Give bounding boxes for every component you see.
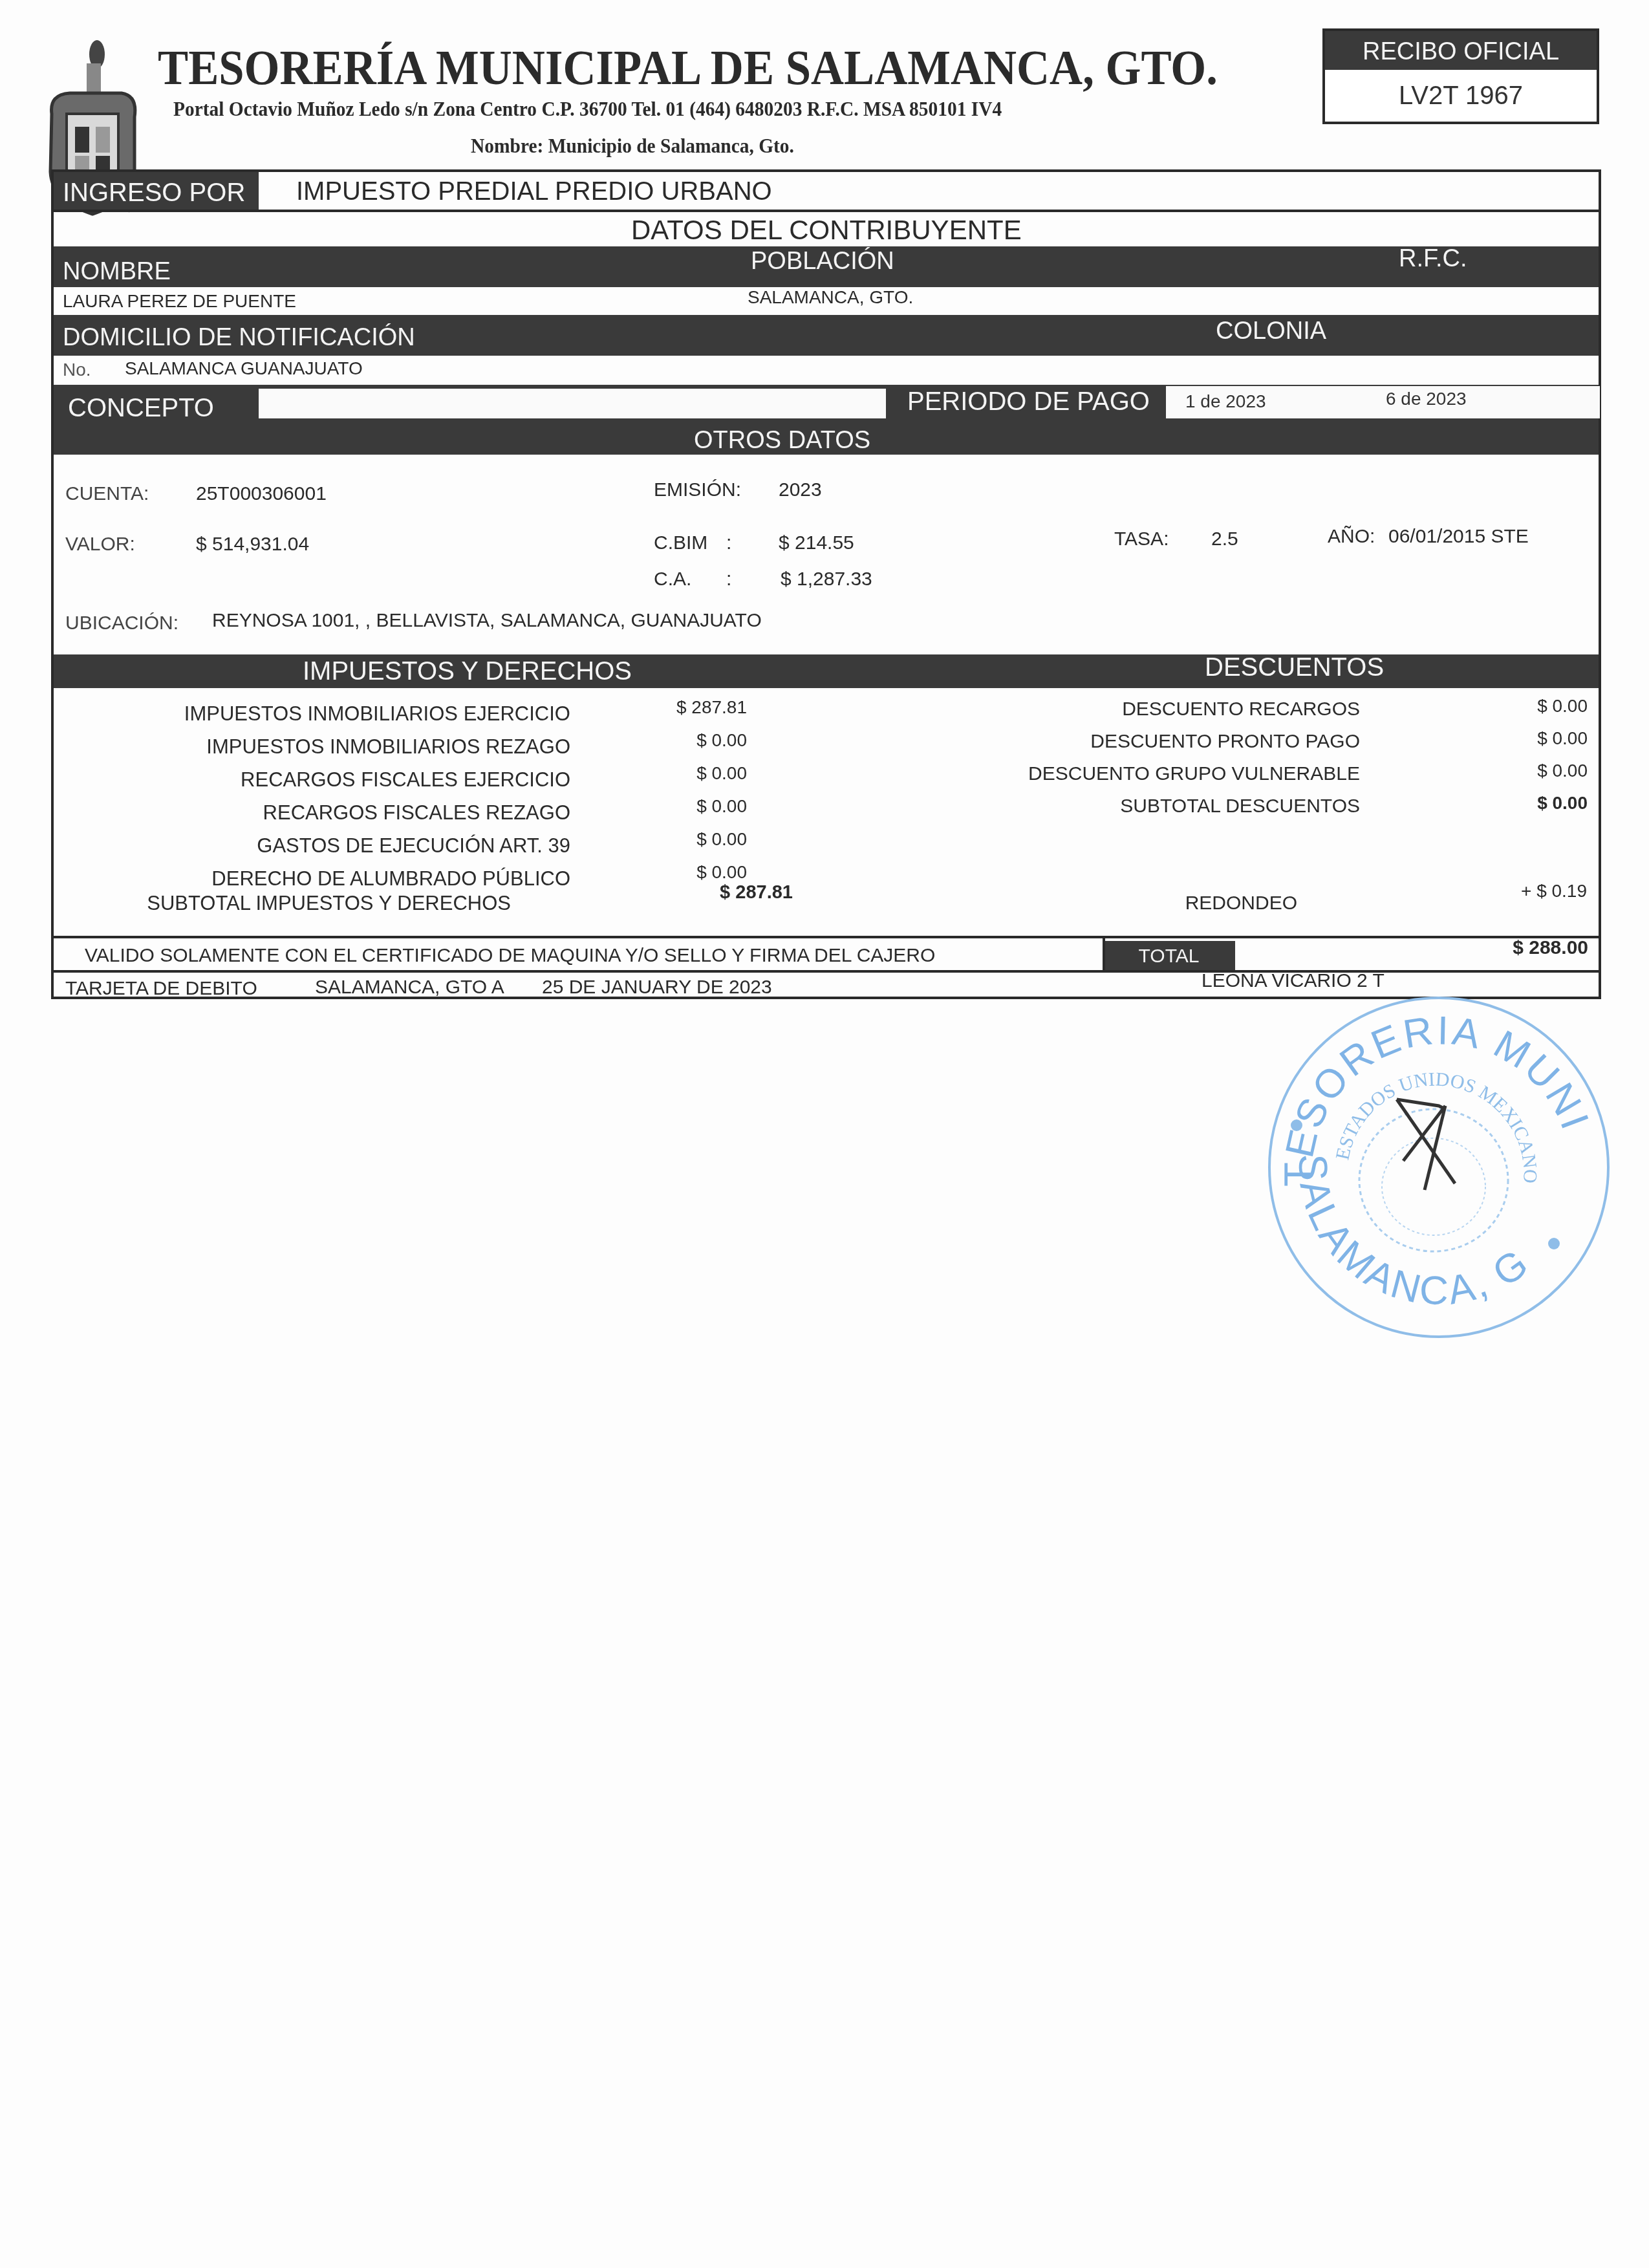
periodo-hasta: 6 de 2023 — [1386, 389, 1467, 409]
nombre-label: NOMBRE — [63, 258, 171, 286]
anio-value: 06/01/2015 STE — [1388, 526, 1529, 548]
validity-row: VALIDO SOLAMENTE CON EL CERTIFICADO DE M… — [54, 936, 1599, 973]
descuento-amount: $ 0.00 — [1537, 761, 1588, 781]
ca-value: $ 1,287.33 — [781, 568, 872, 590]
impuesto-amount: $ 0.00 — [696, 862, 747, 883]
impuesto-label: IMPUESTOS INMOBILIARIOS REZAGO — [206, 735, 570, 759]
rfc-label: R.F.C. — [1399, 245, 1467, 273]
header-address: Portal Octavio Muñoz Ledo s/n Zona Centr… — [173, 97, 1002, 121]
official-seal-icon: TESORERIA MUNICIPAL SALAMANCA, GTO ESTAD… — [1264, 993, 1613, 1342]
impuesto-amount: $ 0.00 — [696, 730, 747, 751]
descuentos-subtotal-amount: $ 0.00 — [1537, 793, 1588, 814]
receipt-label: RECIBO OFICIAL — [1325, 31, 1597, 70]
impuesto-label: RECARGOS FISCALES EJERCICIO — [241, 768, 570, 792]
emision-value: 2023 — [779, 479, 822, 501]
nombre-header-bar: NOMBRE POBLACIÓN R.F.C. — [54, 246, 1599, 287]
periodo-label: PERIODO DE PAGO — [907, 387, 1150, 416]
header-nombre: Nombre: Municipio de Salamanca, Gto. — [471, 134, 794, 158]
concepto-label: CONCEPTO — [68, 394, 214, 423]
payment-method: TARJETA DE DEBITO — [65, 978, 257, 1000]
impuesto-label: RECARGOS FISCALES REZAGO — [263, 801, 570, 825]
cuenta-value: 25T000306001 — [196, 483, 327, 505]
descuento-amount: $ 0.00 — [1537, 728, 1588, 749]
cbim-colon: : — [726, 532, 731, 554]
descuentos-subtotal-label: SUBTOTAL DESCUENTOS — [1120, 795, 1360, 817]
contribuyente-title-row: DATOS DEL CONTRIBUYENTE — [54, 210, 1599, 246]
tasa-label: TASA: — [1114, 528, 1169, 550]
ca-label: C.A. — [654, 568, 691, 590]
nombre-value-row: LAURA PEREZ DE PUENTE SALAMANCA, GTO. — [54, 287, 1599, 315]
colonia-label: COLONIA — [1216, 318, 1326, 345]
validity-note: VALIDO SOLAMENTE CON EL CERTIFICADO DE M… — [85, 945, 935, 967]
redondeo-amount: + $ 0.19 — [1521, 881, 1587, 902]
descuento-label: DESCUENTO PRONTO PAGO — [1090, 731, 1360, 753]
impuestos-subtotal-label: SUBTOTAL IMPUESTOS Y DERECHOS — [147, 892, 511, 915]
official-seal: TESORERIA MUNICIPAL SALAMANCA, GTO ESTAD… — [1264, 993, 1613, 1342]
impuestos-body: IMPUESTOS INMOBILIARIOS EJERCICIO$ 287.8… — [54, 688, 1599, 936]
page-title: TESORERÍA MUNICIPAL DE SALAMANCA, GTO. — [158, 40, 1218, 96]
concepto-value-box — [259, 389, 886, 418]
cbim-value: $ 214.55 — [779, 532, 854, 554]
impuesto-label: GASTOS DE EJECUCIÓN ART. 39 — [257, 834, 570, 858]
contribuyente-title: DATOS DEL CONTRIBUYENTE — [631, 215, 1022, 246]
otros-datos-body: CUENTA: 25T000306001 EMISIÓN: 2023 VALOR… — [54, 455, 1599, 654]
domicilio-value-row: No. SALAMANCA GUANAJUATO — [54, 356, 1599, 385]
receipt-number: LV2T 1967 — [1325, 70, 1597, 122]
domicilio-label: DOMICILIO DE NOTIFICACIÓN — [63, 324, 415, 352]
impuesto-label: IMPUESTOS INMOBILIARIOS EJERCICIO — [184, 702, 570, 726]
impuesto-amount: $ 0.00 — [696, 763, 747, 784]
cbim-label: C.BIM — [654, 532, 707, 554]
ingreso-row: INGRESO POR IMPUESTO PREDIAL PREDIO URBA… — [54, 172, 1599, 211]
impuestos-title: IMPUESTOS Y DERECHOS — [303, 657, 632, 686]
valor-value: $ 514,931.04 — [196, 534, 309, 556]
impuesto-amount: $ 0.00 — [696, 796, 747, 817]
cashier-location: LEONA VICARIO 2 T — [1202, 970, 1385, 992]
impuesto-label: DERECHO DE ALUMBRADO PÚBLICO — [211, 867, 570, 891]
descuento-label: DESCUENTO RECARGOS — [1122, 698, 1360, 720]
impuesto-amount: $ 287.81 — [676, 697, 747, 718]
payment-date: 25 DE JANUARY DE 2023 — [542, 977, 772, 999]
ingreso-label: INGRESO POR — [63, 178, 245, 208]
nombre-value: LAURA PEREZ DE PUENTE — [63, 291, 296, 312]
ca-colon: : — [726, 568, 731, 590]
valor-label: VALOR: — [65, 534, 135, 556]
total-label-box: TOTAL — [1103, 941, 1235, 972]
receipt-form: INGRESO POR IMPUESTO PREDIAL PREDIO URBA… — [51, 169, 1601, 999]
concepto-row: CONCEPTO PERIODO DE PAGO 1 de 2023 6 de … — [54, 385, 1599, 426]
total-label: TOTAL — [1103, 941, 1235, 972]
ubicacion-value: REYNOSA 1001, , BELLAVISTA, SALAMANCA, G… — [212, 610, 762, 632]
receipt-box: RECIBO OFICIAL LV2T 1967 — [1322, 28, 1599, 124]
otros-datos-title: OTROS DATOS — [694, 427, 870, 455]
cuenta-label: CUENTA: — [65, 483, 149, 505]
emision-label: EMISIÓN: — [654, 479, 741, 501]
redondeo-label: REDONDEO — [1185, 892, 1297, 914]
ingreso-value: IMPUESTO PREDIAL PREDIO URBANO — [296, 177, 772, 206]
domicilio-header-bar: DOMICILIO DE NOTIFICACIÓN COLONIA — [54, 315, 1599, 356]
domicilio-value: SALAMANCA GUANAJUATO — [125, 358, 363, 379]
total-amount: $ 288.00 — [1513, 937, 1588, 959]
payment-place: SALAMANCA, GTO A — [315, 977, 504, 999]
ubicacion-label: UBICACIÓN: — [65, 612, 178, 634]
anio-label: AÑO: — [1328, 526, 1375, 548]
descuento-amount: $ 0.00 — [1537, 696, 1588, 717]
otros-datos-header-bar: OTROS DATOS — [54, 426, 1599, 455]
impuesto-amount: $ 0.00 — [696, 829, 747, 850]
signature-icon — [1397, 1099, 1455, 1190]
poblacion-label: POBLACIÓN — [751, 248, 894, 275]
descuento-label: DESCUENTO GRUPO VULNERABLE — [1028, 763, 1360, 785]
impuestos-header-bar: IMPUESTOS Y DERECHOS DESCUENTOS — [54, 654, 1599, 688]
tasa-value: 2.5 — [1211, 528, 1238, 550]
periodo-desde: 1 de 2023 — [1185, 391, 1266, 412]
impuestos-subtotal-amount: $ 287.81 — [720, 882, 793, 903]
no-label: No. — [63, 360, 91, 380]
descuentos-title: DESCUENTOS — [1205, 653, 1384, 682]
poblacion-value: SALAMANCA, GTO. — [748, 287, 913, 308]
